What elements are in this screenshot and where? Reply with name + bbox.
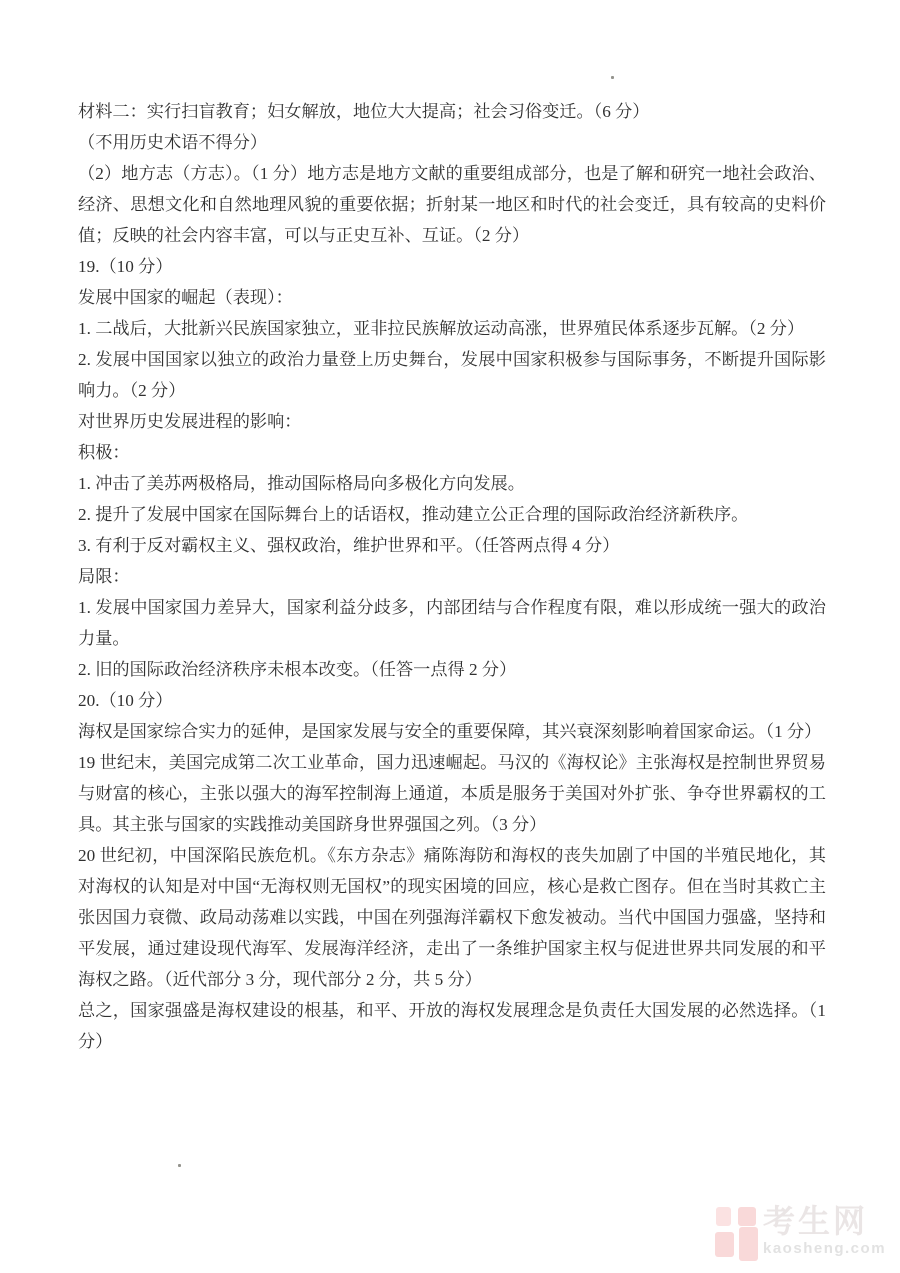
paragraph: 20 世纪初，中国深陷民族危机。《东方杂志》痛陈海防和海权的丧失加剧了中国的半殖…: [78, 840, 826, 995]
paragraph: 3. 有利于反对霸权主义、强权政治，维护世界和平。（任答两点得 4 分）: [78, 530, 826, 561]
watermark-domain-text: kaosheng.com: [763, 1240, 880, 1257]
paragraph: 1. 二战后，大批新兴民族国家独立，亚非拉民族解放运动高涨，世界殖民体系逐步瓦解…: [78, 313, 826, 344]
scan-artifact-dot: [178, 1164, 181, 1167]
paragraph: 总之，国家强盛是海权建设的根基，和平、开放的海权发展理念是负责任大国发展的必然选…: [78, 995, 826, 1057]
paragraph: 对世界历史发展进程的影响：: [78, 406, 826, 437]
paragraph: 1. 冲击了美苏两极格局，推动国际格局向多极化方向发展。: [78, 468, 826, 499]
watermark-text: 考生网 kaosheng.com: [763, 1202, 880, 1257]
logo-block: [715, 1232, 734, 1257]
paragraph: 积极：: [78, 437, 826, 468]
scan-artifact-dot: [611, 76, 614, 79]
watermark-brand-text: 考生网: [763, 1202, 880, 1240]
paragraph: 1. 发展中国家国力差异大，国家利益分歧多，内部团结与合作程度有限，难以形成统一…: [78, 592, 826, 654]
paragraph: 19 世纪末，美国完成第二次工业革命，国力迅速崛起。马汉的《海权论》主张海权是控…: [78, 747, 826, 840]
logo-block: [739, 1227, 758, 1261]
paragraph: 海权是国家综合实力的延伸，是国家发展与安全的重要保障，其兴衰深刻影响着国家命运。…: [78, 716, 826, 747]
kaosheng-watermark: 考生网 kaosheng.com: [715, 1202, 880, 1262]
paragraph: （2）地方志（方志）。（1 分）地方志是地方文献的重要组成部分，也是了解和研究一…: [78, 158, 826, 251]
paragraph: 2. 发展中国国家以独立的政治力量登上历史舞台，发展中国家积极参与国际事务，不断…: [78, 344, 826, 406]
paragraph: 发展中国家的崛起（表现）：: [78, 282, 826, 313]
document-page: 材料二：实行扫盲教育；妇女解放，地位大大提高；社会习俗变迁。（6 分） （不用历…: [78, 96, 826, 1057]
kaosheng-logo-icon: [715, 1206, 760, 1261]
paragraph: 材料二：实行扫盲教育；妇女解放，地位大大提高；社会习俗变迁。（6 分）: [78, 96, 826, 127]
paragraph: 局限：: [78, 561, 826, 592]
paragraph: 2. 提升了发展中国家在国际舞台上的话语权，推动建立公正合理的国际政治经济新秩序…: [78, 499, 826, 530]
paragraph: 20.（10 分）: [78, 685, 826, 716]
logo-block: [738, 1207, 756, 1226]
paragraph: 2. 旧的国际政治经济秩序未根本改变。（任答一点得 2 分）: [78, 654, 826, 685]
logo-block: [716, 1207, 731, 1226]
paragraph: 19.（10 分）: [78, 251, 826, 282]
paragraph: （不用历史术语不得分）: [78, 127, 826, 158]
